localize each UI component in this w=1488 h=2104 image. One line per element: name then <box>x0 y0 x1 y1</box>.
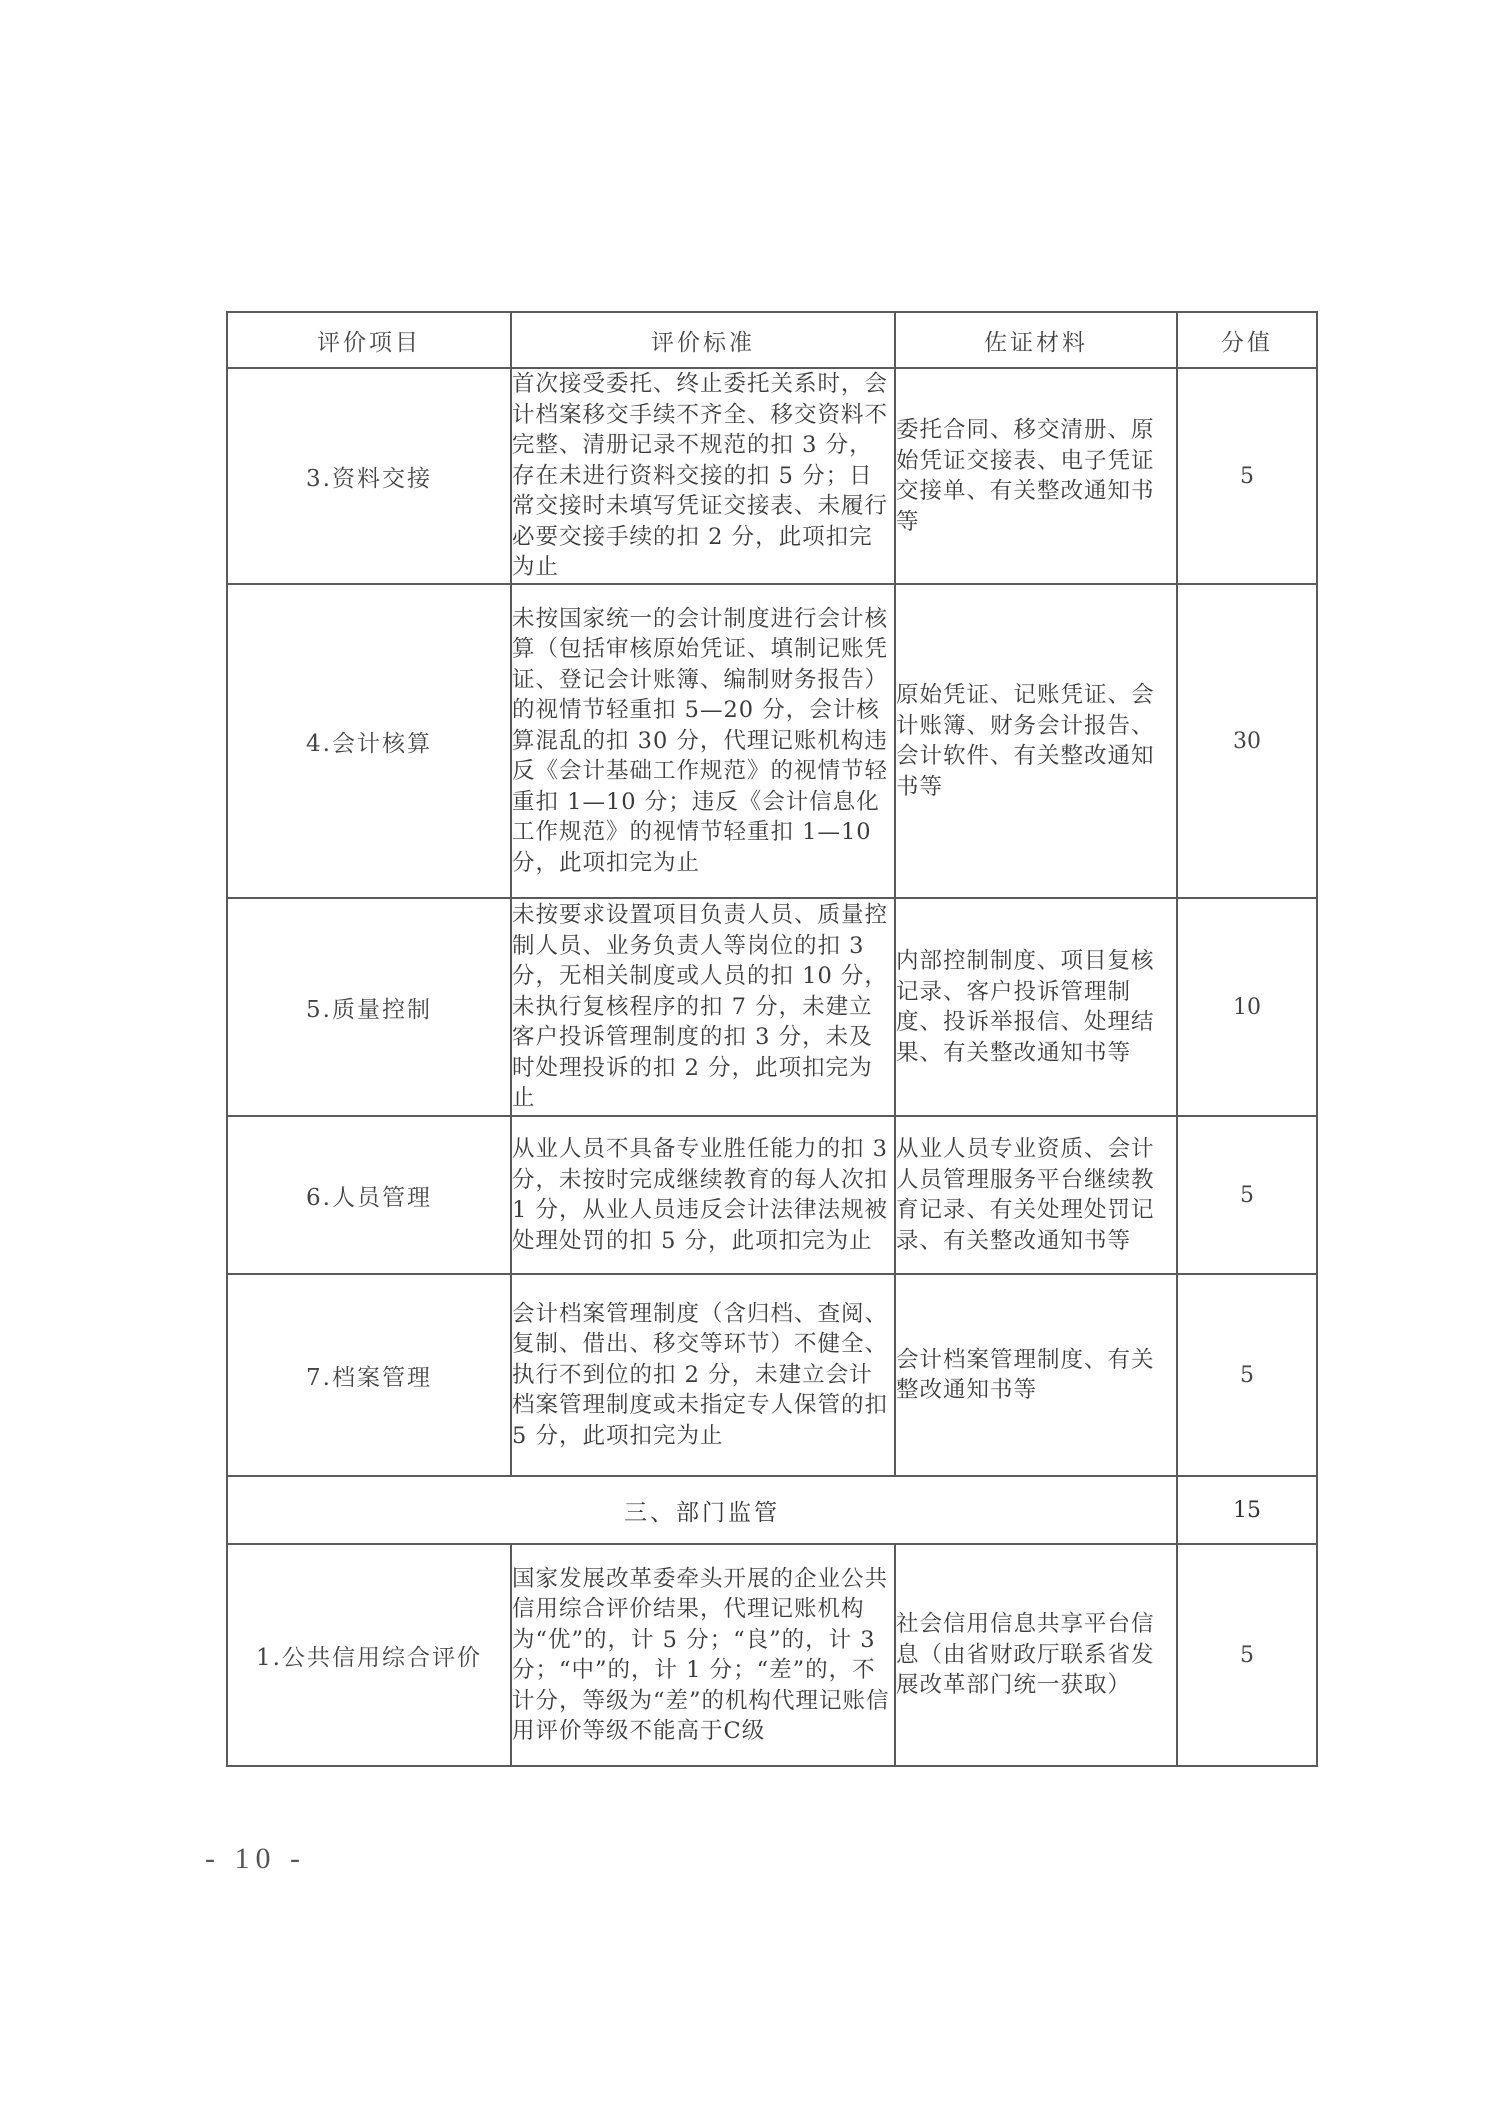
section-header-row: 三、部门监管 15 <box>227 1476 1317 1544</box>
header-evaluation-criteria: 评价标准 <box>511 312 895 368</box>
row-evidence: 会计档案管理制度、有关整改通知书等 <box>895 1274 1177 1476</box>
row-item: 4.会计核算 <box>227 584 511 898</box>
row-score: 5 <box>1177 1544 1317 1766</box>
table-row: 6.人员管理 从业人员不具备专业胜任能力的扣 3 分，未按时完成继续教育的每人次… <box>227 1116 1317 1274</box>
row-criteria: 会计档案管理制度（含归档、查阅、复制、借出、移交等环节）不健全、执行不到位的扣 … <box>511 1274 895 1476</box>
table-header-row: 评价项目 评价标准 佐证材料 分值 <box>227 312 1317 368</box>
row-score: 5 <box>1177 1116 1317 1274</box>
row-criteria: 首次接受委托、终止委托关系时，会计档案移交手续不齐全、移交资料不完整、清册记录不… <box>511 368 895 584</box>
section-score: 15 <box>1177 1476 1317 1544</box>
row-score: 10 <box>1177 898 1317 1116</box>
row-evidence: 从业人员专业资质、会计人员管理服务平台继续教育记录、有关处理处罚记录、有关整改通… <box>895 1116 1177 1274</box>
document-page: 评价项目 评价标准 佐证材料 分值 3.资料交接 首次接受委托、终止委托关系时，… <box>0 0 1488 2104</box>
page-number: - 10 - <box>205 1842 306 1876</box>
table-row: 3.资料交接 首次接受委托、终止委托关系时，会计档案移交手续不齐全、移交资料不完… <box>227 368 1317 584</box>
row-item: 7.档案管理 <box>227 1274 511 1476</box>
row-criteria: 国家发展改革委牵头开展的企业公共信用综合评价结果，代理记账机构为“优”的，计 5… <box>511 1544 895 1766</box>
table-row: 1.公共信用综合评价 国家发展改革委牵头开展的企业公共信用综合评价结果，代理记账… <box>227 1544 1317 1766</box>
row-score: 5 <box>1177 368 1317 584</box>
table-row: 7.档案管理 会计档案管理制度（含归档、查阅、复制、借出、移交等环节）不健全、执… <box>227 1274 1317 1476</box>
row-evidence: 原始凭证、记账凭证、会计账簿、财务会计报告、会计软件、有关整改通知书等 <box>895 584 1177 898</box>
table-row: 5.质量控制 未按要求设置项目负责人员、质量控制人员、业务负责人等岗位的扣 3 … <box>227 898 1317 1116</box>
row-criteria: 未按国家统一的会计制度进行会计核算（包括审核原始凭证、填制记账凭证、登记会计账簿… <box>511 584 895 898</box>
row-evidence: 委托合同、移交清册、原始凭证交接表、电子凭证交接单、有关整改通知书等 <box>895 368 1177 584</box>
table-row: 4.会计核算 未按国家统一的会计制度进行会计核算（包括审核原始凭证、填制记账凭证… <box>227 584 1317 898</box>
row-evidence: 社会信用信息共享平台信息（由省财政厅联系省发展改革部门统一获取） <box>895 1544 1177 1766</box>
row-score: 5 <box>1177 1274 1317 1476</box>
header-supporting-materials: 佐证材料 <box>895 312 1177 368</box>
header-score: 分值 <box>1177 312 1317 368</box>
row-item: 3.资料交接 <box>227 368 511 584</box>
row-item: 5.质量控制 <box>227 898 511 1116</box>
row-score: 30 <box>1177 584 1317 898</box>
row-criteria: 从业人员不具备专业胜任能力的扣 3 分，未按时完成继续教育的每人次扣 1 分，从… <box>511 1116 895 1274</box>
row-item: 1.公共信用综合评价 <box>227 1544 511 1766</box>
header-evaluation-item: 评价项目 <box>227 312 511 368</box>
section-title: 三、部门监管 <box>227 1476 1177 1544</box>
row-evidence: 内部控制制度、项目复核记录、客户投诉管理制度、投诉举报信、处理结果、有关整改通知… <box>895 898 1177 1116</box>
row-item: 6.人员管理 <box>227 1116 511 1274</box>
evaluation-table: 评价项目 评价标准 佐证材料 分值 3.资料交接 首次接受委托、终止委托关系时，… <box>226 311 1318 1767</box>
row-criteria: 未按要求设置项目负责人员、质量控制人员、业务负责人等岗位的扣 3 分，无相关制度… <box>511 898 895 1116</box>
